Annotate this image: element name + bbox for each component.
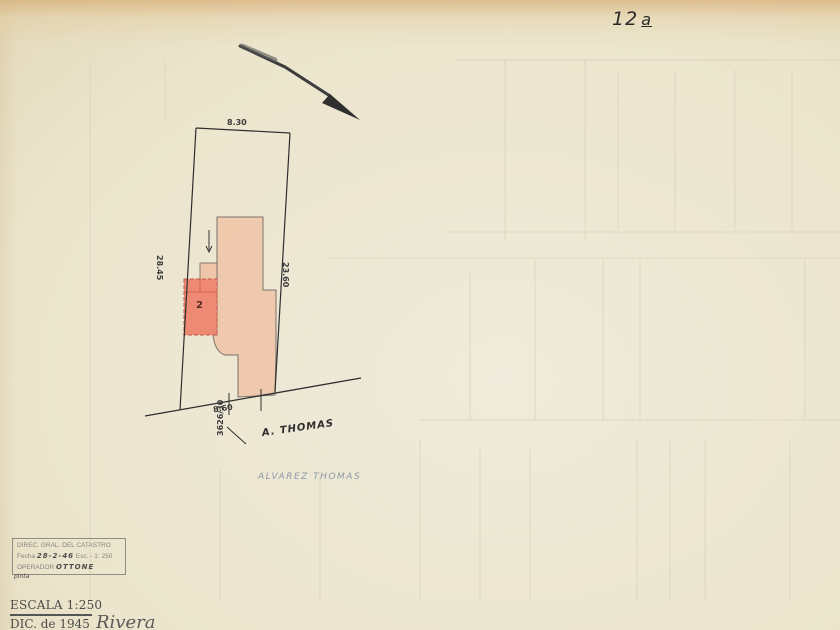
stamp-date-row: Fecha 28-2-46 Esc. - 1: 250 xyxy=(17,551,121,562)
signature: Rivera xyxy=(96,612,155,630)
stamp-date-value: 28-2-46 xyxy=(37,552,74,560)
dimension-top: 8.30 xyxy=(227,118,247,127)
street-label-blue: ALVAREZ THOMAS xyxy=(258,472,361,482)
room-label: 2 xyxy=(196,300,203,311)
dimension-right-side: 23.60 xyxy=(281,262,290,287)
page-number-main: 12 xyxy=(612,8,638,30)
scale-underline xyxy=(10,614,92,616)
cadastre-stamp: DIREC. GRAL. DEL CATASTRO Fecha 28-2-46 … xyxy=(12,538,126,575)
stamp-note: pinta xyxy=(14,573,29,580)
parcel-slash xyxy=(227,427,246,444)
date-label: DIC. de 1945 xyxy=(10,617,90,630)
scale-label: ESCALA 1:250 xyxy=(10,598,102,612)
building-footprint xyxy=(213,217,276,397)
stamp-operator-row: OPERADOR OTTONE xyxy=(17,562,121,573)
stamp-date-label: Fecha xyxy=(17,553,35,560)
stamp-scale: Esc. - 1: 250 xyxy=(76,553,113,560)
stamp-title: DIREC. GRAL. DEL CATASTRO xyxy=(17,540,121,551)
dimension-left-side: 28.45 xyxy=(155,255,164,280)
stamp-operator-value: OTTONE xyxy=(56,563,94,571)
entrance-arrow-icon xyxy=(206,230,212,252)
annex xyxy=(200,263,217,281)
plot-drawing xyxy=(0,0,840,630)
north-arrow-icon xyxy=(240,46,360,120)
page-number: 12a xyxy=(612,8,652,30)
page-number-suffix: a xyxy=(641,10,652,29)
parcel-number: 3626/30 xyxy=(216,400,225,436)
stamp-operator-label: OPERADOR xyxy=(17,564,54,571)
